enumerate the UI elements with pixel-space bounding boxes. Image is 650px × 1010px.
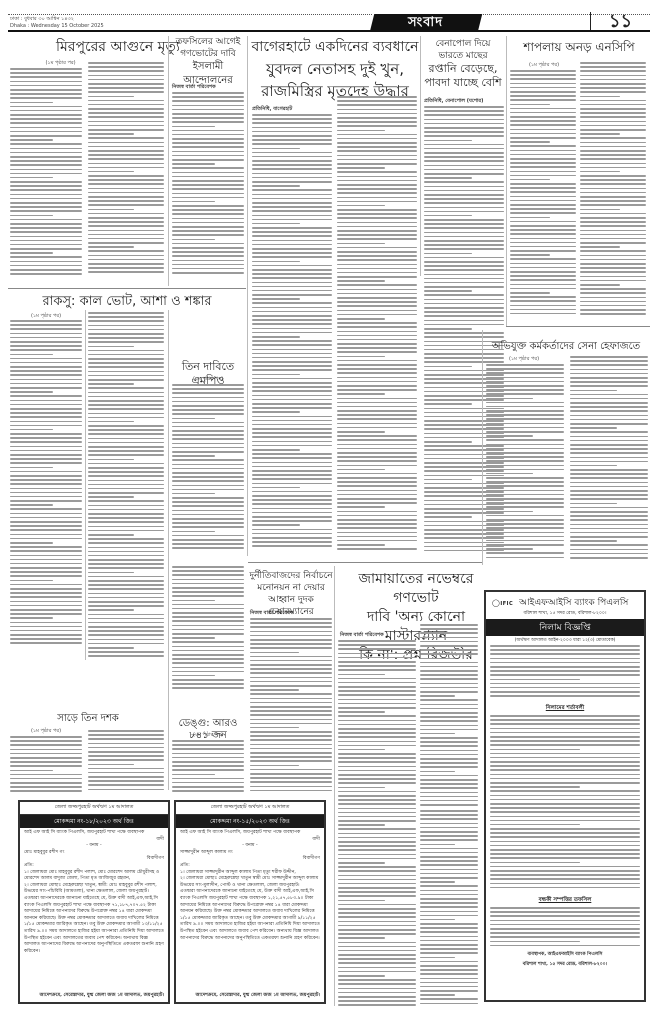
text-line (490, 853, 640, 855)
text-line (88, 200, 164, 202)
text-line (510, 70, 576, 72)
notice-court: জেলা জজ্জপুরহাট অর্থঋণ ১ম আদালত (20, 802, 168, 815)
text-line (337, 368, 417, 370)
text-line (424, 135, 504, 137)
text-line (486, 481, 564, 483)
text-line (490, 757, 640, 759)
text-line (570, 457, 648, 459)
text-line (570, 377, 648, 379)
text-line (172, 493, 215, 495)
text-line (486, 372, 564, 374)
continued-three-decades: (১ম পৃষ্ঠার পর) (10, 728, 82, 736)
text-line (172, 650, 244, 652)
text-line (510, 229, 576, 231)
text-line (88, 789, 164, 791)
text-line (252, 194, 332, 196)
text-line (490, 874, 640, 876)
text-line (580, 271, 646, 273)
text-line (338, 1000, 416, 1002)
text-line (420, 691, 478, 693)
text-line (424, 202, 504, 204)
text-line (490, 803, 640, 805)
notice-text: আই এফ আই সি ব্যাংক পিএলসি, জয়পুরহাট শাখ… (20, 828, 168, 957)
text-line (490, 691, 640, 693)
text-line (88, 467, 164, 469)
text-line (490, 907, 640, 909)
text-line (580, 301, 646, 303)
masthead-rule (8, 30, 650, 32)
text-line (420, 699, 478, 701)
text-line (88, 413, 164, 415)
text-line (172, 646, 244, 648)
text-line (250, 773, 332, 775)
headline-bagerhat: বাগেরহাটে একদিনের ব্যবধানে যুবদল নেতাসহ … (250, 36, 420, 102)
text-line (88, 263, 164, 265)
byline-islami: নিজস্ব বার্তা পরিবেশক (172, 84, 216, 92)
text-line (337, 393, 385, 395)
text-line (580, 158, 646, 160)
text-line (486, 540, 564, 542)
text-line (337, 217, 417, 219)
text-line (88, 242, 164, 244)
text-line (250, 735, 332, 737)
text-line (570, 427, 617, 429)
text-line (252, 403, 332, 405)
text-line (252, 357, 332, 359)
text-line (88, 230, 164, 232)
text-line (172, 765, 244, 767)
text-line (420, 957, 455, 959)
text-line (172, 539, 244, 541)
text-line (88, 417, 164, 419)
text-line (420, 645, 478, 647)
text-line (88, 70, 164, 72)
column-rule (420, 36, 421, 276)
byline-bagerhat: প্রতিনিধি, বাগেরহাট (252, 106, 292, 114)
text-line (338, 653, 416, 655)
text-line (88, 588, 164, 590)
text-line (580, 225, 646, 227)
text-line (88, 267, 164, 269)
text-line (252, 436, 332, 438)
text-line (252, 286, 332, 288)
body-raksu-col1 (10, 320, 82, 650)
text-line (570, 515, 648, 517)
text-line (420, 965, 478, 967)
bank-name: আইএফআইসি ব্যাংক পিএলসি (519, 595, 628, 610)
text-line (10, 395, 82, 397)
text-line (88, 614, 164, 616)
text-line (510, 275, 576, 277)
text-line (88, 572, 134, 574)
text-line (252, 173, 332, 175)
text-line (252, 189, 332, 191)
text-line (252, 503, 332, 505)
text-line (420, 911, 478, 913)
bank-header: ◯IFIC আইএফআইসি ব্যাংক পিএলসি (486, 592, 644, 610)
text-line (88, 593, 164, 595)
text-line (337, 548, 417, 550)
text-line (337, 159, 417, 161)
text-line (424, 140, 472, 142)
text-line (420, 771, 455, 773)
text-line (172, 451, 244, 453)
text-line (570, 415, 648, 417)
text-line (10, 534, 82, 536)
text-line (337, 104, 417, 106)
text-line (172, 159, 244, 161)
text-line (88, 404, 164, 406)
text-line (10, 462, 82, 464)
text-line (510, 233, 576, 235)
text-line (172, 510, 244, 512)
text-line (490, 695, 640, 697)
text-line (580, 313, 646, 315)
text-line (424, 265, 504, 267)
text-line (580, 276, 646, 278)
text-line (570, 498, 648, 500)
text-line (580, 183, 646, 185)
text-line (338, 707, 416, 709)
text-line (338, 921, 416, 923)
text-line (10, 328, 82, 330)
text-line (486, 473, 533, 475)
text-line (250, 786, 332, 788)
text-line (570, 398, 648, 400)
text-line (338, 787, 385, 789)
text-line (420, 725, 478, 727)
text-line (510, 250, 576, 252)
text-line (252, 185, 300, 187)
text-line (490, 936, 640, 938)
body-mp (172, 384, 244, 556)
body-shapla-col1 (510, 70, 576, 320)
text-line (486, 511, 533, 513)
text-line (337, 339, 417, 341)
text-line (420, 944, 478, 946)
text-line (570, 544, 648, 546)
text-line (172, 234, 244, 236)
text-line (10, 412, 82, 414)
text-line (337, 142, 417, 144)
text-line (338, 703, 416, 705)
text-line (252, 457, 332, 459)
text-line (490, 687, 640, 689)
text-line (337, 389, 417, 391)
text-line (172, 518, 244, 520)
text-line (486, 552, 564, 554)
text-line (420, 796, 478, 798)
text-line (510, 112, 576, 114)
text-line (88, 125, 164, 127)
text-line (172, 142, 244, 144)
text-line (486, 498, 564, 500)
text-line (10, 538, 82, 540)
text-line (10, 559, 82, 561)
text-line (338, 988, 416, 990)
text-line (580, 242, 646, 244)
text-line (486, 506, 564, 508)
text-line (490, 845, 640, 847)
text-line (424, 119, 504, 121)
text-line (337, 385, 417, 387)
text-line (10, 450, 82, 452)
text-line (510, 254, 550, 256)
terms-heading: নিলামের শর্তাবলী (486, 703, 644, 715)
text-line (88, 108, 164, 110)
text-line (10, 97, 82, 99)
text-line (424, 240, 504, 242)
text-line (580, 129, 646, 131)
text-line (172, 209, 244, 211)
text-line (338, 904, 416, 906)
text-line (510, 95, 576, 97)
text-line (580, 230, 646, 232)
text-line (580, 259, 646, 261)
text-line (490, 824, 580, 826)
text-line (490, 683, 640, 685)
text-line (88, 755, 164, 757)
continued-shapla: (১ম পৃষ্ঠার পর) (510, 62, 578, 70)
text-line (580, 309, 646, 311)
text-line (420, 729, 478, 731)
text-line (250, 790, 332, 792)
text-line (252, 390, 332, 392)
text-line (337, 184, 417, 186)
text-line (10, 404, 82, 406)
text-line (10, 349, 82, 351)
text-line (570, 482, 648, 484)
text-line (510, 154, 576, 156)
text-line (10, 269, 82, 271)
text-line (420, 869, 478, 871)
text-line (424, 215, 472, 217)
text-line (337, 255, 417, 257)
text-line (88, 555, 164, 557)
text-line (250, 622, 332, 624)
text-line (580, 75, 646, 77)
text-line (172, 255, 244, 257)
text-line (570, 503, 617, 505)
text-line (337, 331, 417, 333)
text-line (420, 823, 478, 825)
text-line (337, 205, 385, 207)
text-line (338, 950, 416, 952)
text-line (10, 400, 82, 402)
text-line (337, 410, 417, 412)
text-line (580, 213, 646, 215)
text-line (337, 121, 417, 123)
text-line (486, 456, 564, 458)
text-line (570, 490, 648, 492)
text-line (172, 774, 215, 776)
text-line (337, 188, 417, 190)
text-line (252, 416, 332, 418)
text-line (250, 652, 299, 654)
text-line (424, 131, 504, 133)
text-line (337, 544, 385, 546)
text-line (172, 409, 244, 411)
text-line (490, 924, 640, 926)
text-line (252, 374, 300, 376)
text-line (420, 877, 478, 879)
text-line (580, 104, 646, 106)
text-line (580, 154, 646, 156)
text-line (172, 744, 244, 746)
text-line (338, 891, 416, 893)
text-line (88, 542, 164, 544)
text-line (10, 273, 82, 275)
text-line (490, 866, 640, 868)
text-line (338, 736, 416, 738)
text-line (252, 256, 332, 258)
text-line (338, 895, 416, 897)
text-line (252, 181, 332, 183)
text-line (486, 402, 564, 404)
text-line (172, 757, 244, 759)
text-line (337, 423, 417, 425)
text-line (424, 144, 504, 146)
text-line (337, 259, 417, 261)
text-line (88, 87, 164, 89)
text-line (420, 998, 478, 1000)
text-line (338, 644, 416, 646)
text-line (172, 121, 244, 123)
text-line (338, 753, 416, 755)
text-line (88, 234, 164, 236)
text-line (88, 534, 134, 536)
text-line (424, 160, 504, 162)
text-line (337, 113, 417, 115)
text-line (88, 396, 164, 398)
text-line (88, 129, 164, 131)
text-line (172, 629, 244, 631)
text-line (88, 500, 164, 502)
text-line (420, 628, 478, 630)
text-line (486, 414, 564, 416)
text-line (338, 849, 416, 851)
text-line (510, 175, 576, 177)
text-line (252, 277, 332, 279)
text-line (338, 657, 416, 659)
text-line (338, 766, 416, 768)
text-line (570, 394, 648, 396)
text-line (88, 429, 164, 431)
text-line (252, 282, 332, 284)
text-line (172, 251, 244, 253)
text-line (88, 521, 164, 523)
text-line (10, 584, 82, 586)
section-rule (506, 326, 650, 327)
text-line (580, 263, 646, 265)
text-line (420, 683, 478, 685)
text-line (420, 775, 478, 777)
text-line (10, 786, 82, 788)
text-line (250, 677, 332, 679)
text-line (10, 122, 82, 124)
text-line (252, 483, 332, 485)
text-line (88, 433, 164, 435)
text-line (580, 91, 646, 93)
text-line (424, 106, 504, 108)
text-line (337, 222, 417, 224)
text-line (10, 110, 82, 112)
text-line (424, 248, 504, 250)
text-line (172, 497, 244, 499)
text-line (10, 185, 82, 187)
text-line (10, 358, 82, 360)
text-line (172, 422, 244, 424)
legal-notice-2: জেলা জজ্জপুরহাট অর্থঋণ ১ম আদালত মোকদ্দমা… (174, 800, 326, 1004)
text-line (10, 362, 82, 364)
text-line (337, 276, 417, 278)
text-line (252, 265, 332, 267)
text-line (250, 760, 332, 762)
text-line (486, 398, 533, 400)
text-line (10, 81, 82, 83)
text-line (490, 778, 640, 780)
text-line (172, 761, 244, 763)
text-line (252, 533, 332, 535)
text-line (252, 332, 332, 334)
text-line (424, 198, 504, 200)
text-line (88, 371, 164, 373)
text-line (337, 511, 417, 513)
text-line (172, 637, 215, 639)
text-line (337, 130, 385, 132)
text-line (570, 440, 648, 442)
text-line (337, 247, 417, 249)
text-line (486, 427, 564, 429)
text-line (420, 733, 455, 735)
text-line (338, 720, 416, 722)
text-line (570, 507, 648, 509)
text-line (10, 740, 82, 742)
bank-logo-icon: ◯IFIC (492, 599, 513, 607)
text-line (10, 337, 82, 339)
text-line (338, 875, 416, 877)
text-line (172, 505, 244, 507)
text-line (420, 881, 455, 883)
text-line (10, 575, 82, 577)
text-line (252, 315, 332, 317)
text-line (10, 425, 82, 427)
text-line (420, 818, 478, 820)
text-line (338, 912, 416, 914)
text-line (490, 911, 640, 913)
text-line (420, 936, 478, 938)
text-line (338, 749, 385, 751)
text-line (490, 841, 640, 843)
text-line (424, 286, 504, 288)
text-line (490, 878, 640, 880)
text-line (337, 326, 417, 328)
byline-benapole: প্রতিনিধি, বেনাপোল (যশোর) (424, 98, 483, 106)
text-line (88, 408, 164, 410)
text-line (338, 962, 416, 964)
text-line (10, 416, 82, 418)
text-line (420, 704, 478, 706)
text-line (252, 353, 332, 355)
column-rule (168, 310, 169, 790)
text-line (252, 118, 332, 120)
headline-raksu: রাকসু: কাল ভোট, আশা ও শঙ্কার (8, 292, 246, 311)
text-line (10, 630, 82, 632)
text-line (88, 450, 164, 452)
text-line (88, 576, 164, 578)
text-line (510, 296, 576, 298)
text-line (10, 609, 82, 611)
